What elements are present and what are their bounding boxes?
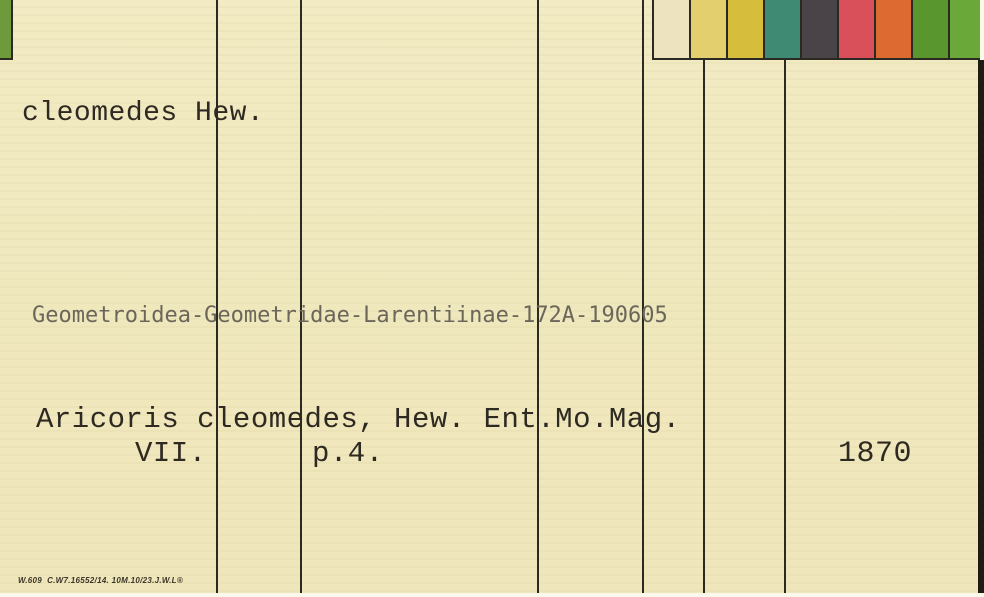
color-tab-orange [876, 0, 913, 58]
rule-line [216, 0, 218, 593]
species-heading: cleomedes Hew. [22, 98, 264, 129]
printer-mark: W.609 C.W7.16552/14. 10M.10/23.J.W.L® [18, 576, 183, 585]
rule-line [537, 0, 539, 593]
index-card: cleomedes Hew. Geometroidea-Geometridae-… [0, 0, 980, 593]
publication-year: 1870 [838, 437, 912, 471]
citation-line: Aricoris cleomedes, Hew. Ent.Mo.Mag. [36, 403, 681, 436]
color-tab-light-green [950, 0, 980, 58]
rule-line [300, 0, 302, 593]
color-tab-cream [654, 0, 691, 58]
card-edge [978, 60, 984, 597]
color-tab-teal [765, 0, 802, 58]
color-tab-light-yellow [691, 0, 728, 58]
rule-line [642, 0, 644, 593]
background-strip [0, 593, 984, 597]
corner-color-tab [0, 0, 13, 60]
color-tab-red [839, 0, 876, 58]
color-tab-dark-gray [802, 0, 839, 58]
color-tab-strip [652, 0, 980, 60]
rule-line [784, 58, 786, 593]
color-tab-green [913, 0, 950, 58]
color-tab-yellow [728, 0, 765, 58]
rule-line [703, 58, 705, 593]
citation-volume: VII. [135, 437, 207, 470]
citation-page: p.4. [312, 437, 384, 470]
classification-code: Geometroidea-Geometridae-Larentiinae-172… [32, 303, 668, 328]
